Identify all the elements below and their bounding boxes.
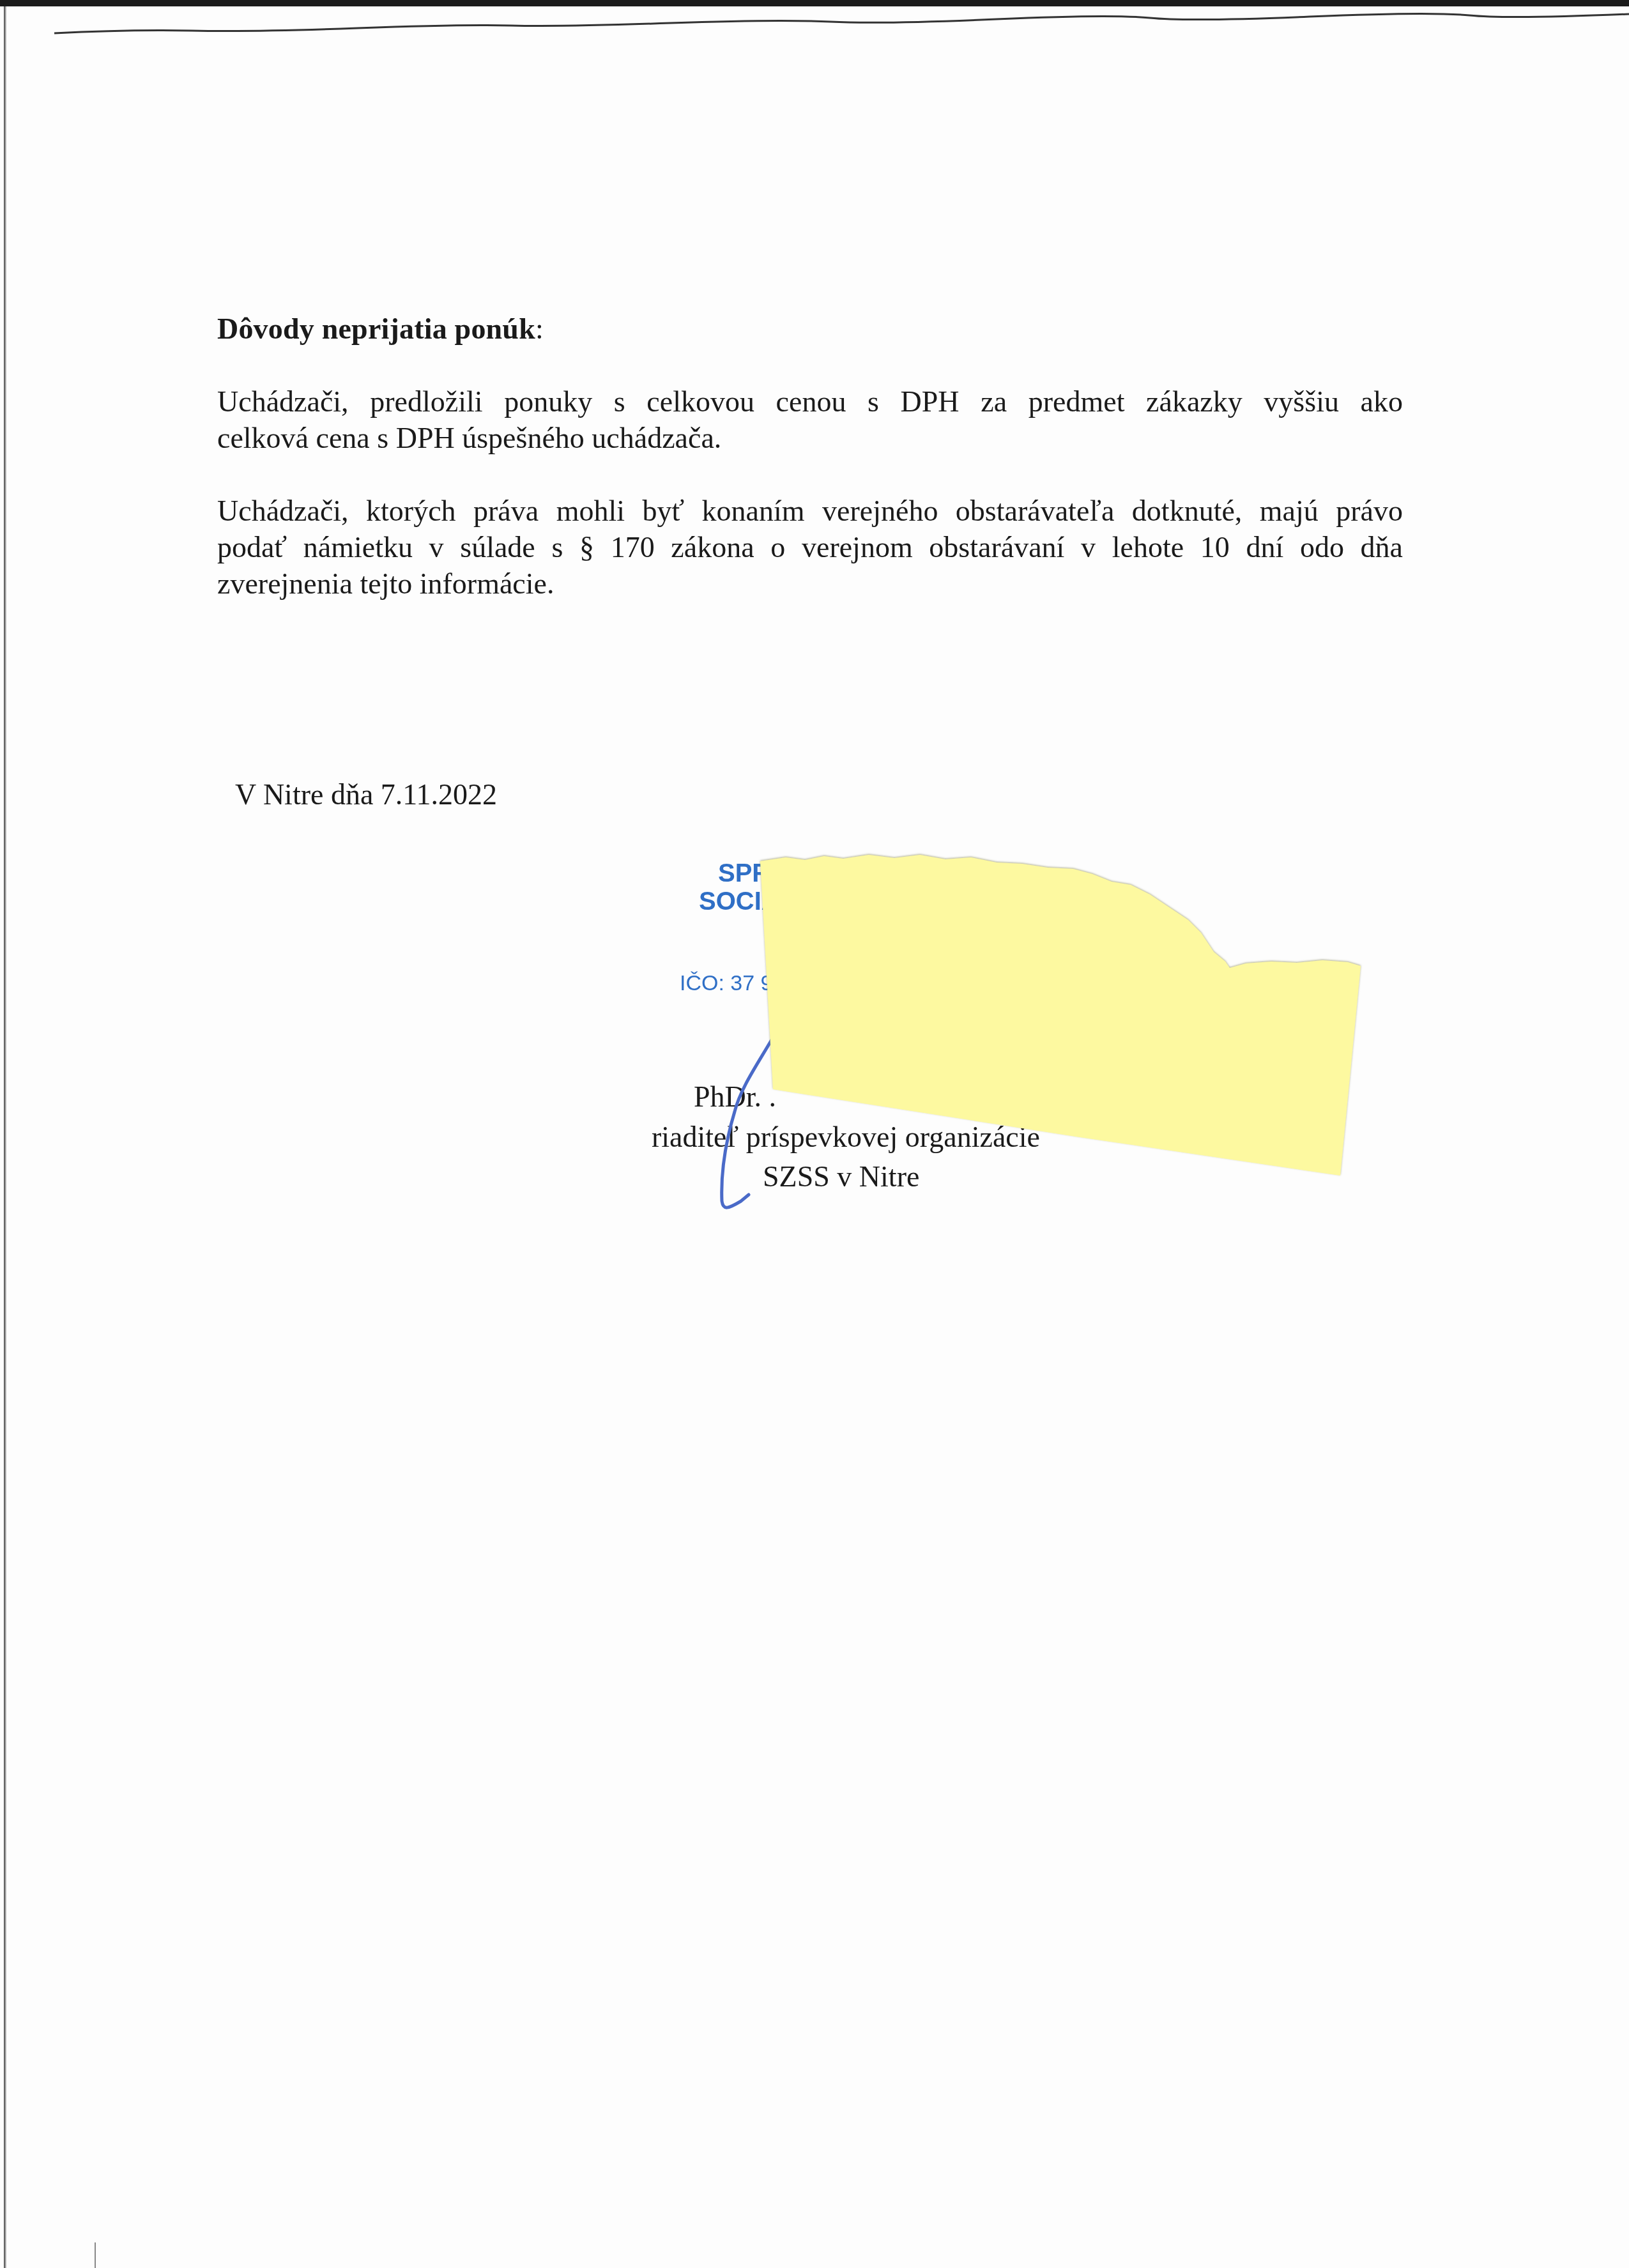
stamp-line-3: 9: [777, 939, 788, 961]
stamp-line-1: SPRÁ: [718, 859, 789, 888]
signatory-name: PhDr. .: [694, 1080, 776, 1114]
signatory-organization: SZSS v Nitre: [763, 1160, 919, 1193]
page-top-edge: [0, 0, 1629, 51]
paragraph-line: celková cena s DPH úspešného uchádzača.: [217, 420, 1403, 456]
scan-left-edge: [4, 6, 6, 2268]
place-and-date: V Nitre dňa 7.11.2022: [235, 778, 497, 811]
heading-colon: :: [535, 312, 544, 345]
paragraph-objection-right: Uchádzači, ktorých práva mohli byť konan…: [217, 493, 1403, 602]
paragraph-line: zverejnenia tejto informácie.: [217, 565, 1403, 602]
paragraph-rejection-reason: Uchádzači, predložili ponuky s celkovou …: [217, 383, 1403, 456]
scan-mark: [95, 2242, 96, 2268]
paragraph-line: Uchádzači, ktorých práva mohli byť konan…: [217, 493, 1403, 529]
stamp-ico: IČO: 37 96: [680, 971, 784, 996]
signatory-title: riaditeľ príspevkovej organizácie: [652, 1120, 1040, 1154]
paragraph-line: podať námietku v súlade s § 170 zákona o…: [217, 529, 1403, 565]
heading-text: Dôvody neprijatia ponúk: [217, 312, 535, 345]
section-heading: Dôvody neprijatia ponúk:: [217, 312, 544, 346]
stamp-line-2: SOCIÁ: [699, 887, 780, 916]
paragraph-line: Uchádzači, predložili ponuky s celkovou …: [217, 383, 1403, 420]
